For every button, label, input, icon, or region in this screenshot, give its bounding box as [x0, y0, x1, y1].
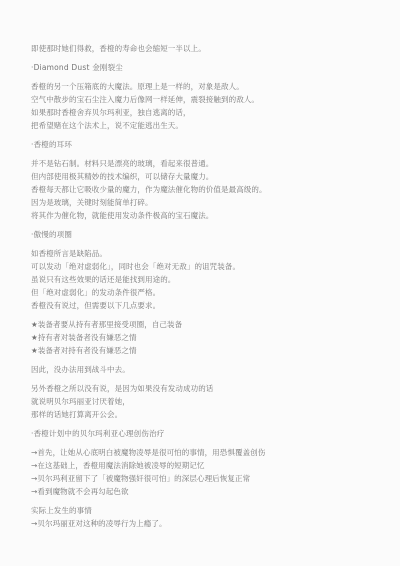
- text-line: 香橙每天都让它吸收少量的魔力，作为魔法催化物的价值是最高级的。: [31, 183, 372, 196]
- text-line: →在这基础上，香橙用魔法消除她被凌辱的短期记忆: [31, 459, 372, 472]
- text-line: 如果那时香橙舍弃贝尔玛利亚，独自逃离的话，: [31, 106, 372, 119]
- text-line: ★持有者对装备者没有嫌恶之情: [31, 331, 372, 344]
- text-line: →看到魔物就不会再勾起色欲: [31, 485, 372, 498]
- text-line: 香橙没有说过，但需要以下几点要求。: [31, 299, 372, 312]
- text-line: 实际上发生的事情: [31, 504, 372, 517]
- text-line: →贝尔玛丽亚对这种的凌辱行为上瘾了。: [31, 517, 372, 530]
- text-line: 但内部使用极其精妙的技术编织，可以储存大量魔力。: [31, 170, 372, 183]
- paragraph: 香橙的另一个压箱底的大魔法。原理上是一样的，对象是敌人。空气中散步的宝石尘注入魔…: [31, 80, 372, 132]
- text-line: 另外香橙之所以没有说，是因为如果没有发动成功的话: [31, 382, 372, 395]
- section-heading: ·香橙的耳环: [31, 138, 372, 151]
- paragraph: ★装备者要从持有者那里接受项圈，自己装备★持有者对装备者没有嫌恶之情★装备者对持…: [31, 318, 372, 357]
- text-line: →首先，让她从心底明白被魔物凌辱是很可怕的事情，用恐惧覆盖创伤: [31, 446, 372, 459]
- paragraph: 并不是钻石制。材料只是漂亮的玻璃，看起来很普通。但内部使用极其精妙的技术编织，可…: [31, 157, 372, 222]
- text-line: ·Diamond Dust 金刚裂尘: [31, 61, 372, 74]
- paragraph: 实际上发生的事情→贝尔玛丽亚对这种的凌辱行为上瘾了。: [31, 504, 372, 530]
- text-line: 那样的话她打算离开公会。: [31, 408, 372, 421]
- paragraph: 如香橙所言是缺陷品。可以发动「绝对虚弱化」，同时也会「绝对无敌」的诅咒装备。虽说…: [31, 247, 372, 312]
- text-line: →贝尔玛利亚留下了「被魔物强奸很可怕」的深层心理后恢复正常: [31, 472, 372, 485]
- text-line: 空气中散步的宝石尘注入魔力后像网一样延伸，震裂接触到的敌人。: [31, 93, 372, 106]
- text-line: 香橙的另一个压箱底的大魔法。原理上是一样的，对象是敌人。: [31, 80, 372, 93]
- document-body: 即使那时她们得救，香橙的寿命也会缩短一半以上。·Diamond Dust 金刚裂…: [0, 0, 400, 566]
- text-line: ·香橙的耳环: [31, 138, 372, 151]
- text-line: 可以发动「绝对虚弱化」，同时也会「绝对无敌」的诅咒装备。: [31, 260, 372, 273]
- text-line: 把希望赌在这个法术上，说不定能逃出生天。: [31, 119, 372, 132]
- text-line: 虽说只有这些效果的话还是能找到用途的。: [31, 273, 372, 286]
- text-line: 但「绝对虚弱化」的发动条件很严格。: [31, 286, 372, 299]
- paragraph: 另外香橙之所以没有说，是因为如果没有发动成功的话就说明贝尔玛丽亚讨厌着她，那样的…: [31, 382, 372, 421]
- paragraph: 因此，没办法用到战斗中去。: [31, 363, 372, 376]
- text-line: 并不是钻石制。材料只是漂亮的玻璃，看起来很普通。: [31, 157, 372, 170]
- section-heading: ·傲慢的项圈: [31, 228, 372, 241]
- section-heading: ·香橙计划中的贝尔玛利亚心理创伤治疗: [31, 427, 372, 440]
- text-line: 将其作为催化物，就能使用发动条件极高的宝石魔法。: [31, 209, 372, 222]
- text-line: 就说明贝尔玛丽亚讨厌着她，: [31, 395, 372, 408]
- text-line: 即使那时她们得救，香橙的寿命也会缩短一半以上。: [31, 42, 372, 55]
- text-line: ★装备者对持有者没有嫌恶之情: [31, 344, 372, 357]
- paragraph: 即使那时她们得救，香橙的寿命也会缩短一半以上。: [31, 42, 372, 55]
- text-line: 因此，没办法用到战斗中去。: [31, 363, 372, 376]
- text-line: 如香橙所言是缺陷品。: [31, 247, 372, 260]
- text-line: ·傲慢的项圈: [31, 228, 372, 241]
- section-heading: ·Diamond Dust 金刚裂尘: [31, 61, 372, 74]
- paragraph: →首先，让她从心底明白被魔物凌辱是很可怕的事情，用恐惧覆盖创伤→在这基础上，香橙…: [31, 446, 372, 498]
- text-line: ★装备者要从持有者那里接受项圈，自己装备: [31, 318, 372, 331]
- text-line: ·香橙计划中的贝尔玛利亚心理创伤治疗: [31, 427, 372, 440]
- text-line: 因为是玻璃，关键时刻能简单打碎。: [31, 196, 372, 209]
